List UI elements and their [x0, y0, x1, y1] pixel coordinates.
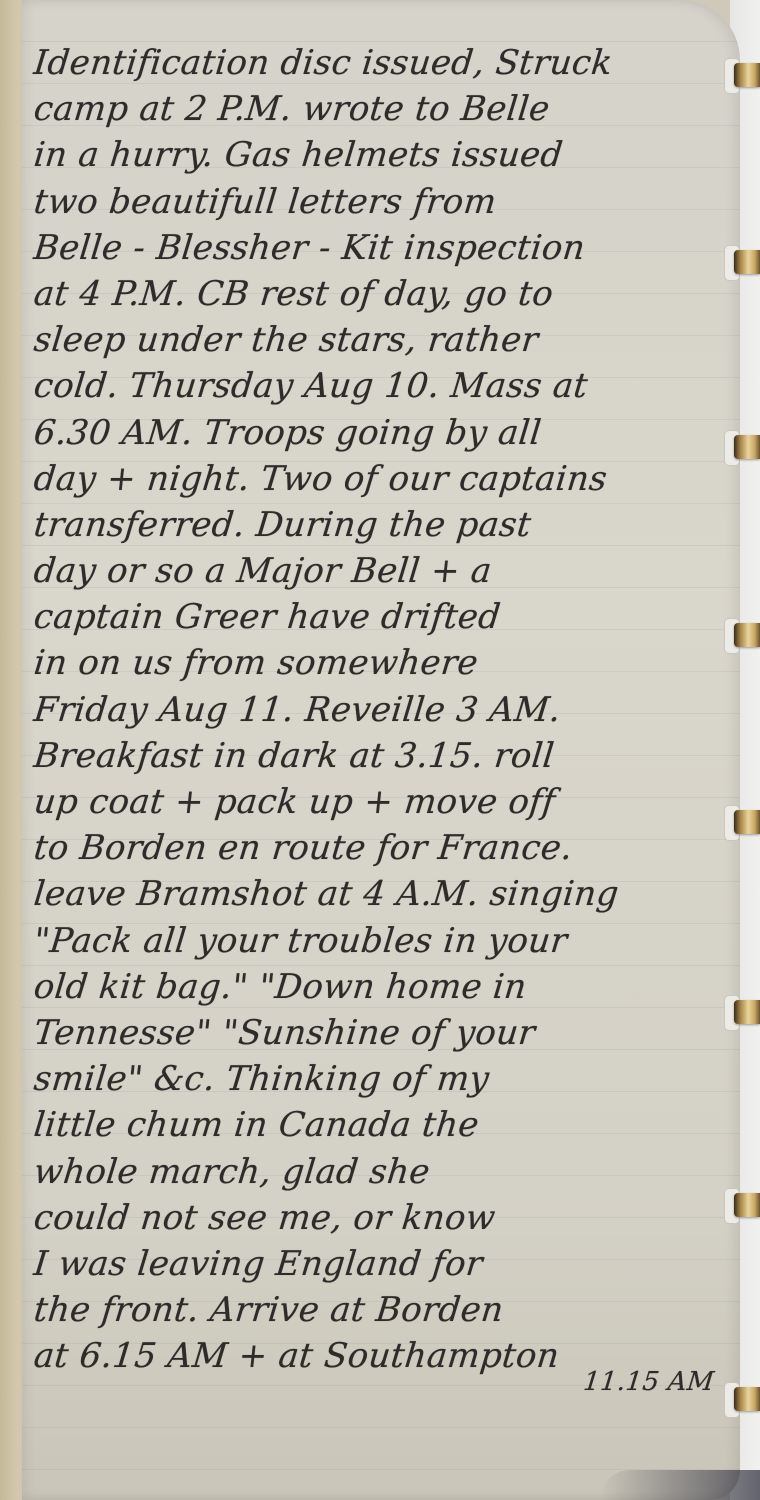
text-line: could not see me, or know: [32, 1195, 737, 1241]
text-line: transferred. During the past: [32, 502, 737, 548]
ring-wire: [734, 1000, 760, 1024]
text-line: captain Greer have drifted: [32, 594, 737, 640]
text-line: Tennesse" "Sunshine of your: [32, 1010, 737, 1056]
text-line: the front. Arrive at Borden: [32, 1287, 737, 1333]
text-line: cold. Thursday Aug 10. Mass at: [32, 363, 737, 409]
text-line: old kit bag." "Down home in: [32, 964, 737, 1010]
ring-wire: [734, 1193, 760, 1217]
ring-wire: [734, 810, 760, 834]
text-line: 6.30 AM. Troops going by all: [32, 410, 737, 456]
text-line: at 4 P.M. CB rest of day, go to: [32, 271, 737, 317]
text-line: smile" &c. Thinking of my: [32, 1056, 737, 1102]
text-line: day + night. Two of our captains: [32, 456, 737, 502]
text-line: I was leaving England for: [32, 1241, 737, 1287]
ring-wire: [734, 435, 760, 459]
ring-wire: [734, 623, 760, 647]
text-line: whole march, glad she: [32, 1149, 737, 1195]
text-line: camp at 2 P.M. wrote to Belle: [32, 86, 737, 132]
ring-wire: [734, 250, 760, 274]
text-line: in a hurry. Gas helmets issued: [32, 132, 737, 178]
text-line: Belle - Blessher - Kit inspection: [32, 225, 737, 271]
text-line: in on us from somewhere: [32, 640, 737, 686]
notebook-photo: Identification disc issued, Struck camp …: [0, 0, 760, 1500]
ring-wire: [734, 63, 760, 87]
handwritten-entry: Identification disc issued, Struck camp …: [34, 40, 734, 1406]
ring-wire: [734, 1387, 760, 1411]
text-line: "Pack all your troubles in your: [32, 918, 737, 964]
text-line: Friday Aug 11. Reveille 3 AM.: [32, 687, 737, 733]
page-corner-shadow: [600, 1470, 760, 1500]
text-line: sleep under the stars, rather: [32, 317, 737, 363]
text-line: Breakfast in dark at 3.15. roll: [32, 733, 737, 779]
text-line: little chum in Canada the: [32, 1102, 737, 1148]
trailing-time-note: 11.15 AM: [32, 1359, 737, 1405]
text-line: up coat + pack up + move off: [32, 779, 737, 825]
text-line: to Borden en route for France.: [32, 825, 737, 871]
text-line: leave Bramshot at 4 A.M. singing: [32, 871, 737, 917]
text-line: day or so a Major Bell + a: [32, 548, 737, 594]
text-line: Identification disc issued, Struck: [32, 40, 737, 86]
text-line: two beautifull letters from: [32, 179, 737, 225]
